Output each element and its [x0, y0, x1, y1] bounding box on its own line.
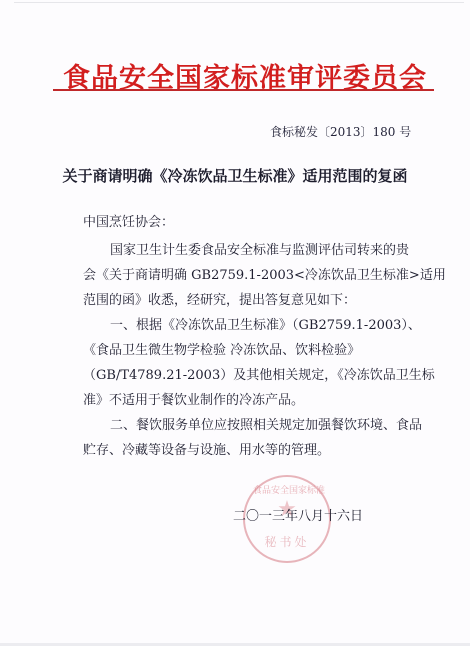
document-number: 食标秘发〔2013〕180 号 — [270, 123, 411, 140]
document-page: 食品安全国家标准审评委员会 食标秘发〔2013〕180 号 关于商请明确《冷冻饮… — [0, 0, 470, 646]
point-one-line-3: （GB/T4789.21-2003）及其他相关规定，《冷冻饮品卫生标 — [83, 364, 435, 383]
point-two-line-2: 贮存、冷藏等设备与设施、用水等的管理。 — [83, 439, 330, 458]
intro-line-3: 范围的函》收悉，经研究，提出答复意见如下： — [83, 289, 356, 308]
point-one-line-4: 准》不适用于餐饮业制作的冷冻产品。 — [83, 389, 304, 408]
document-title: 关于商请明确《冷冻饮品卫生标准》适用范围的复函 — [0, 165, 470, 186]
seal-ring-text: 食品安全国家标准审评委员会 — [253, 483, 325, 496]
point-one-line-2: 《食品卫生微生物学检验 冷冻饮品、饮料检验》 — [83, 339, 360, 358]
intro-line-2: 会《关于商请明确 GB2759.1-2003<冷冻饮品卫生标准>适用 — [83, 264, 446, 283]
seal-bottom-text: 秘书处 — [245, 533, 329, 550]
salutation: 中国烹饪协会： — [83, 211, 174, 230]
masthead-red-rule — [53, 89, 434, 91]
point-two-line-1: 二、餐饮服务单位应按照相关规定加强餐饮环境、食品 — [110, 414, 422, 433]
scan-top-edge — [14, 2, 464, 3]
point-one-line-1: 一、根据《冷冻饮品卫生标准》（GB2759.1-2003）、 — [110, 314, 421, 333]
intro-line-1: 国家卫生计生委食品安全标准与监测评估司转来的贵 — [110, 239, 409, 258]
issue-date: 二〇一三年八月十六日 — [233, 505, 363, 524]
